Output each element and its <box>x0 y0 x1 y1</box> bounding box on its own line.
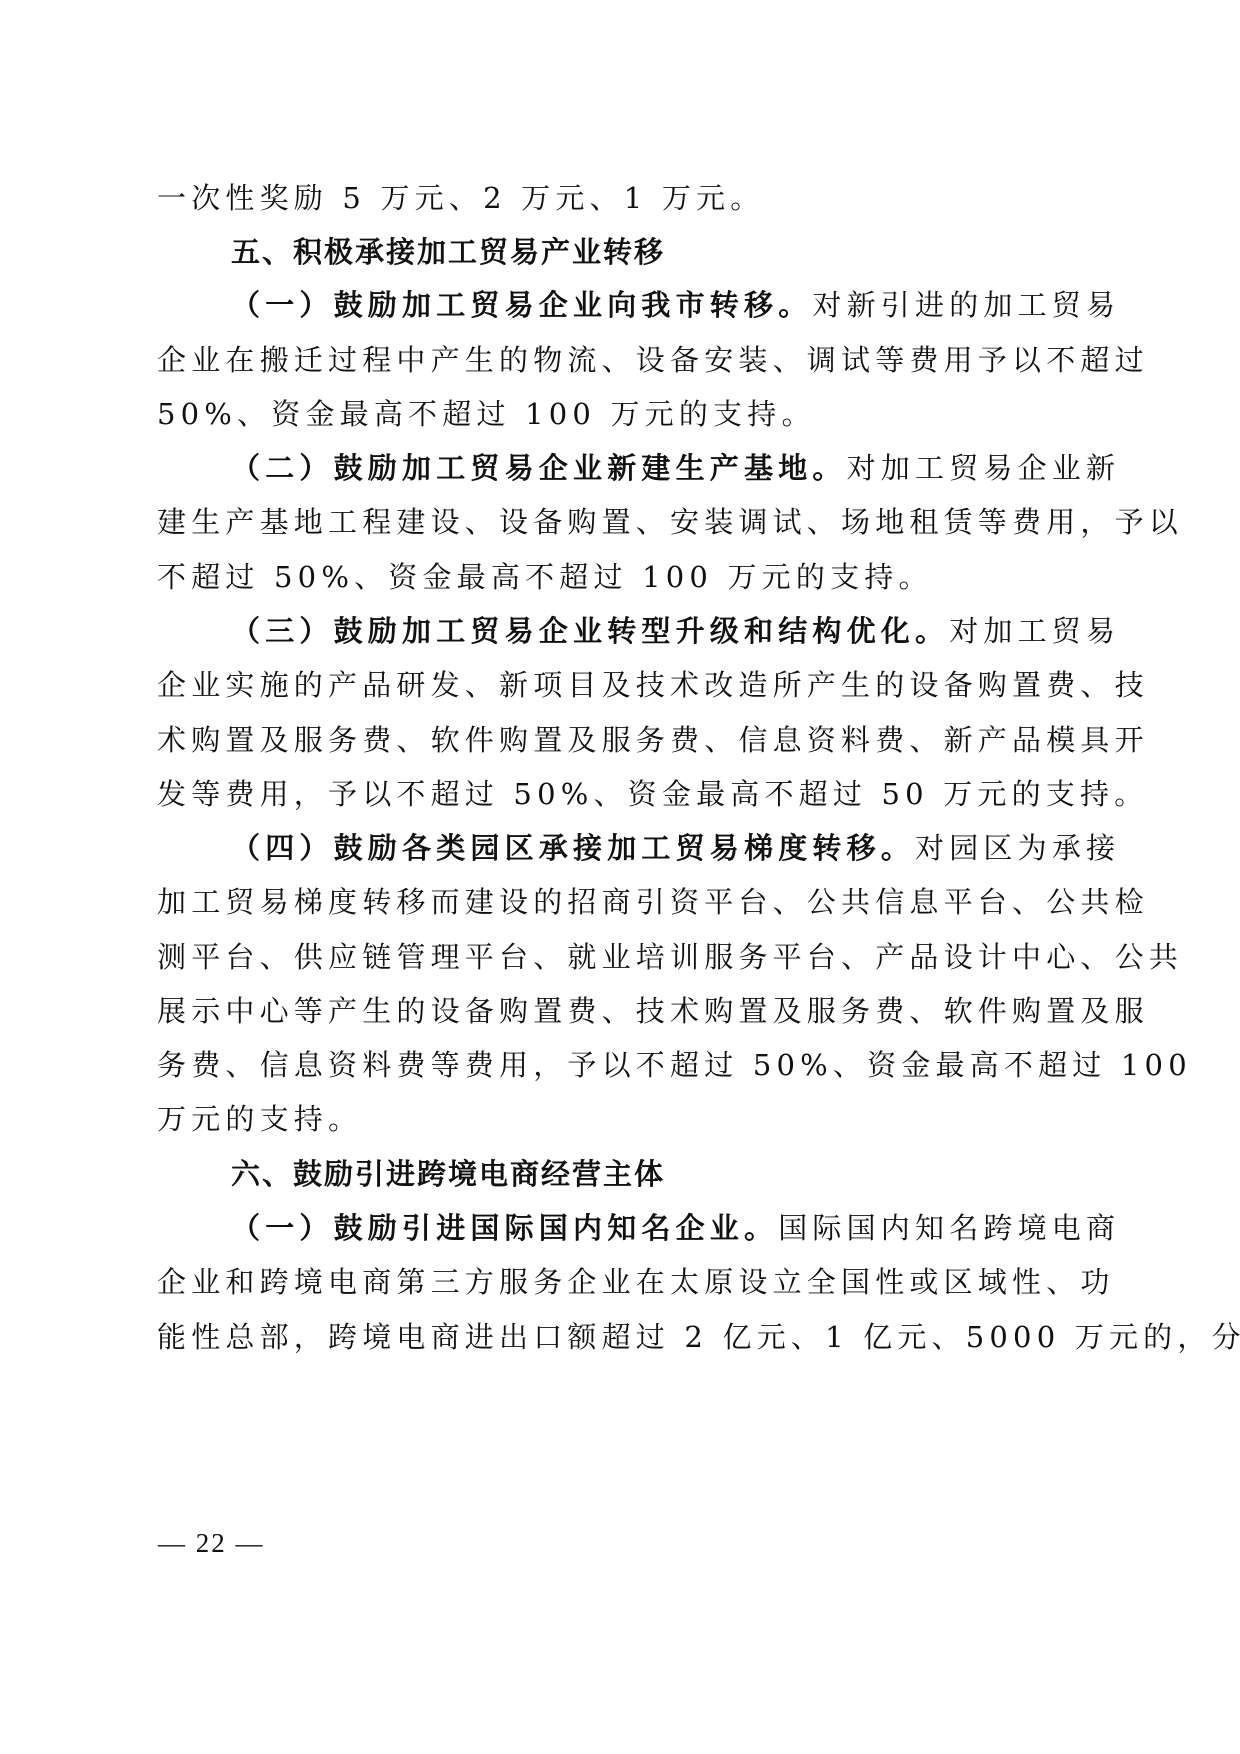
paragraph-5-3-lead: （三）鼓励加工贸易企业转型升级和结构优化。 <box>231 614 949 648</box>
body-line: 企业实施的产品研发、新项目及技术改造所产生的设备购置费、技 <box>157 663 1082 707</box>
paragraph-6-1-lead: （一）鼓励引进国际国内知名企业。 <box>231 1211 778 1245</box>
body-line: 万元的支持。 <box>157 1097 1082 1141</box>
document-page: 一次性奖励 5 万元、2 万元、1 万元。 五、积极承接加工贸易产业转移 （一）… <box>0 0 1240 1754</box>
paragraph-5-4-text: 对园区为承接 <box>915 831 1120 865</box>
body-line: 建生产基地工程建设、设备购置、安装调试、场地租赁等费用，予以 <box>157 500 1082 544</box>
paragraph-5-1-lead: （一）鼓励加工贸易企业向我市转移。 <box>231 288 812 322</box>
section-heading-6: 六、鼓励引进跨境电商经营主体 <box>231 1152 665 1196</box>
paragraph-5-2-lead: （二）鼓励加工贸易企业新建生产基地。 <box>231 451 847 485</box>
body-line: 不超过 50%、资金最高不超过 100 万元的支持。 <box>157 555 1082 599</box>
paragraph-5-4-first-line: （四）鼓励各类园区承接加工贸易梯度转移。对园区为承接 <box>231 826 1082 870</box>
body-line: 展示中心等产生的设备购置费、技术购置及服务费、软件购置及服 <box>157 989 1082 1033</box>
paragraph-5-2-first-line: （二）鼓励加工贸易企业新建生产基地。对加工贸易企业新 <box>231 446 1082 490</box>
paragraph-5-1-text: 对新引进的加工贸易 <box>812 288 1120 322</box>
paragraph-5-2-text: 对加工贸易企业新 <box>847 451 1121 485</box>
body-line: 能性总部，跨境电商进出口额超过 2 亿元、1 亿元、5000 万元的，分 <box>157 1315 1082 1359</box>
body-line: 加工贸易梯度转移而建设的招商引资平台、公共信息平台、公共检 <box>157 880 1082 924</box>
body-line: 企业在搬迁过程中产生的物流、设备安装、调试等费用予以不超过 <box>157 338 1082 382</box>
body-line: 发等费用，予以不超过 50%、资金最高不超过 50 万元的支持。 <box>157 772 1082 816</box>
body-line: 术购置及服务费、软件购置及服务费、信息资料费、新产品模具开 <box>157 718 1082 762</box>
paragraph-5-4-lead: （四）鼓励各类园区承接加工贸易梯度转移。 <box>231 831 915 865</box>
body-line: 务费、信息资料费等费用，予以不超过 50%、资金最高不超过 100 <box>157 1043 1082 1087</box>
paragraph-5-3-text: 对加工贸易 <box>949 614 1120 648</box>
paragraph-6-1-text: 国际国内知名跨境电商 <box>778 1211 1120 1245</box>
paragraph-6-1-first-line: （一）鼓励引进国际国内知名企业。国际国内知名跨境电商 <box>231 1206 1082 1250</box>
body-line: 企业和跨境电商第三方服务企业在太原设立全国性或区域性、功 <box>157 1260 1082 1304</box>
body-line: 测平台、供应链管理平台、就业培训服务平台、产品设计中心、公共 <box>157 935 1082 979</box>
page-number: — 22 — <box>158 1525 265 1561</box>
body-line: 一次性奖励 5 万元、2 万元、1 万元。 <box>157 176 1082 220</box>
section-heading-5: 五、积极承接加工贸易产业转移 <box>231 230 665 274</box>
paragraph-5-3-first-line: （三）鼓励加工贸易企业转型升级和结构优化。对加工贸易 <box>231 609 1082 653</box>
body-line: 50%、资金最高不超过 100 万元的支持。 <box>157 392 1082 436</box>
paragraph-5-1-first-line: （一）鼓励加工贸易企业向我市转移。对新引进的加工贸易 <box>231 283 1082 327</box>
